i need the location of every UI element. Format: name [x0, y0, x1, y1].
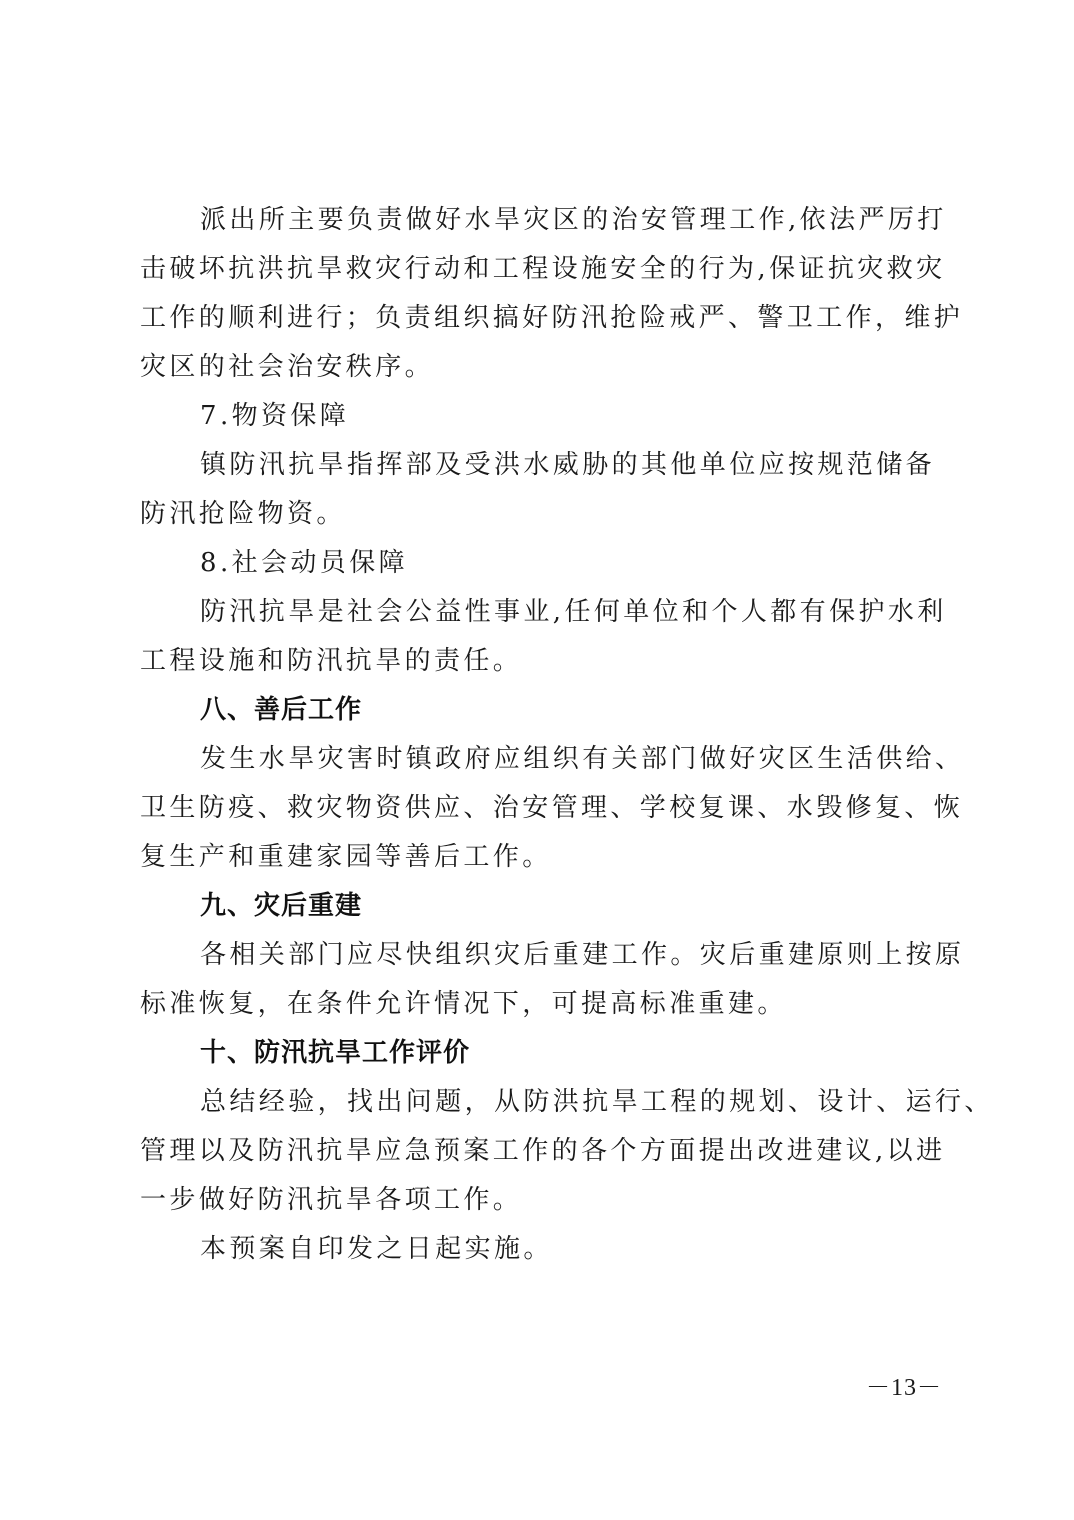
text-line: 本预案自印发之日起实施。: [140, 1225, 940, 1274]
text-line: 镇防汛抗旱指挥部及受洪水威胁的其他单位应按规范储备: [140, 441, 940, 490]
text-line: 防汛抗旱是社会公益性事业,任何单位和个人都有保护水利: [140, 588, 940, 637]
subheading-material-guarantee: 7.物资保障: [140, 392, 940, 441]
paragraph-effective-date: 本预案自印发之日起实施。: [140, 1225, 940, 1274]
page-number: －13－: [866, 1370, 942, 1406]
text-line: 击破坏抗洪抗旱救灾行动和工程设施安全的行为,保证抗灾救灾: [140, 245, 940, 294]
text-line: 卫生防疫、救灾物资供应、治安管理、学校复课、水毁修复、恢: [140, 784, 940, 833]
text-line: 标准恢复，在条件允许情况下，可提高标准重建。: [140, 980, 940, 1029]
paragraph-aftermath: 发生水旱灾害时镇政府应组织有关部门做好灾区生活供给、 卫生防疫、救灾物资供应、治…: [140, 735, 940, 882]
page-content: 派出所主要负责做好水旱灾区的治安管理工作,依法严厉打 击破坏抗洪抗旱救灾行动和工…: [140, 196, 940, 1274]
paragraph-police-duties: 派出所主要负责做好水旱灾区的治安管理工作,依法严厉打 击破坏抗洪抗旱救灾行动和工…: [140, 196, 940, 392]
text-line: 一步做好防汛抗旱各项工作。: [140, 1176, 940, 1225]
text-line: 各相关部门应尽快组织灾后重建工作。灾后重建原则上按原: [140, 931, 940, 980]
paragraph-reconstruction: 各相关部门应尽快组织灾后重建工作。灾后重建原则上按原 标准恢复，在条件允许情况下…: [140, 931, 940, 1029]
text-line: 防汛抢险物资。: [140, 490, 940, 539]
paragraph-evaluation: 总结经验，找出问题，从防洪抗旱工程的规划、设计、运行、 管理以及防汛抗旱应急预案…: [140, 1078, 940, 1225]
paragraph-social-mobilization: 防汛抗旱是社会公益性事业,任何单位和个人都有保护水利 工程设施和防汛抗旱的责任。: [140, 588, 940, 686]
text-line: 发生水旱灾害时镇政府应组织有关部门做好灾区生活供给、: [140, 735, 940, 784]
text-line: 派出所主要负责做好水旱灾区的治安管理工作,依法严厉打: [140, 196, 940, 245]
section-heading-evaluation: 十、防汛抗旱工作评价: [140, 1029, 940, 1078]
text-line: 灾区的社会治安秩序。: [140, 343, 940, 392]
section-heading-reconstruction: 九、灾后重建: [140, 882, 940, 931]
text-line: 总结经验，找出问题，从防洪抗旱工程的规划、设计、运行、: [140, 1078, 940, 1127]
subheading-social-mobilization: 8.社会动员保障: [140, 539, 940, 588]
text-line: 管理以及防汛抗旱应急预案工作的各个方面提出改进建议,以进: [140, 1127, 940, 1176]
text-line: 工程设施和防汛抗旱的责任。: [140, 637, 940, 686]
section-heading-aftermath: 八、善后工作: [140, 686, 940, 735]
paragraph-material-guarantee: 镇防汛抗旱指挥部及受洪水威胁的其他单位应按规范储备 防汛抢险物资。: [140, 441, 940, 539]
text-line: 复生产和重建家园等善后工作。: [140, 833, 940, 882]
document-page: 派出所主要负责做好水旱灾区的治安管理工作,依法严厉打 击破坏抗洪抗旱救灾行动和工…: [0, 0, 1074, 1520]
text-line: 工作的顺利进行；负责组织搞好防汛抢险戒严、警卫工作，维护: [140, 294, 940, 343]
